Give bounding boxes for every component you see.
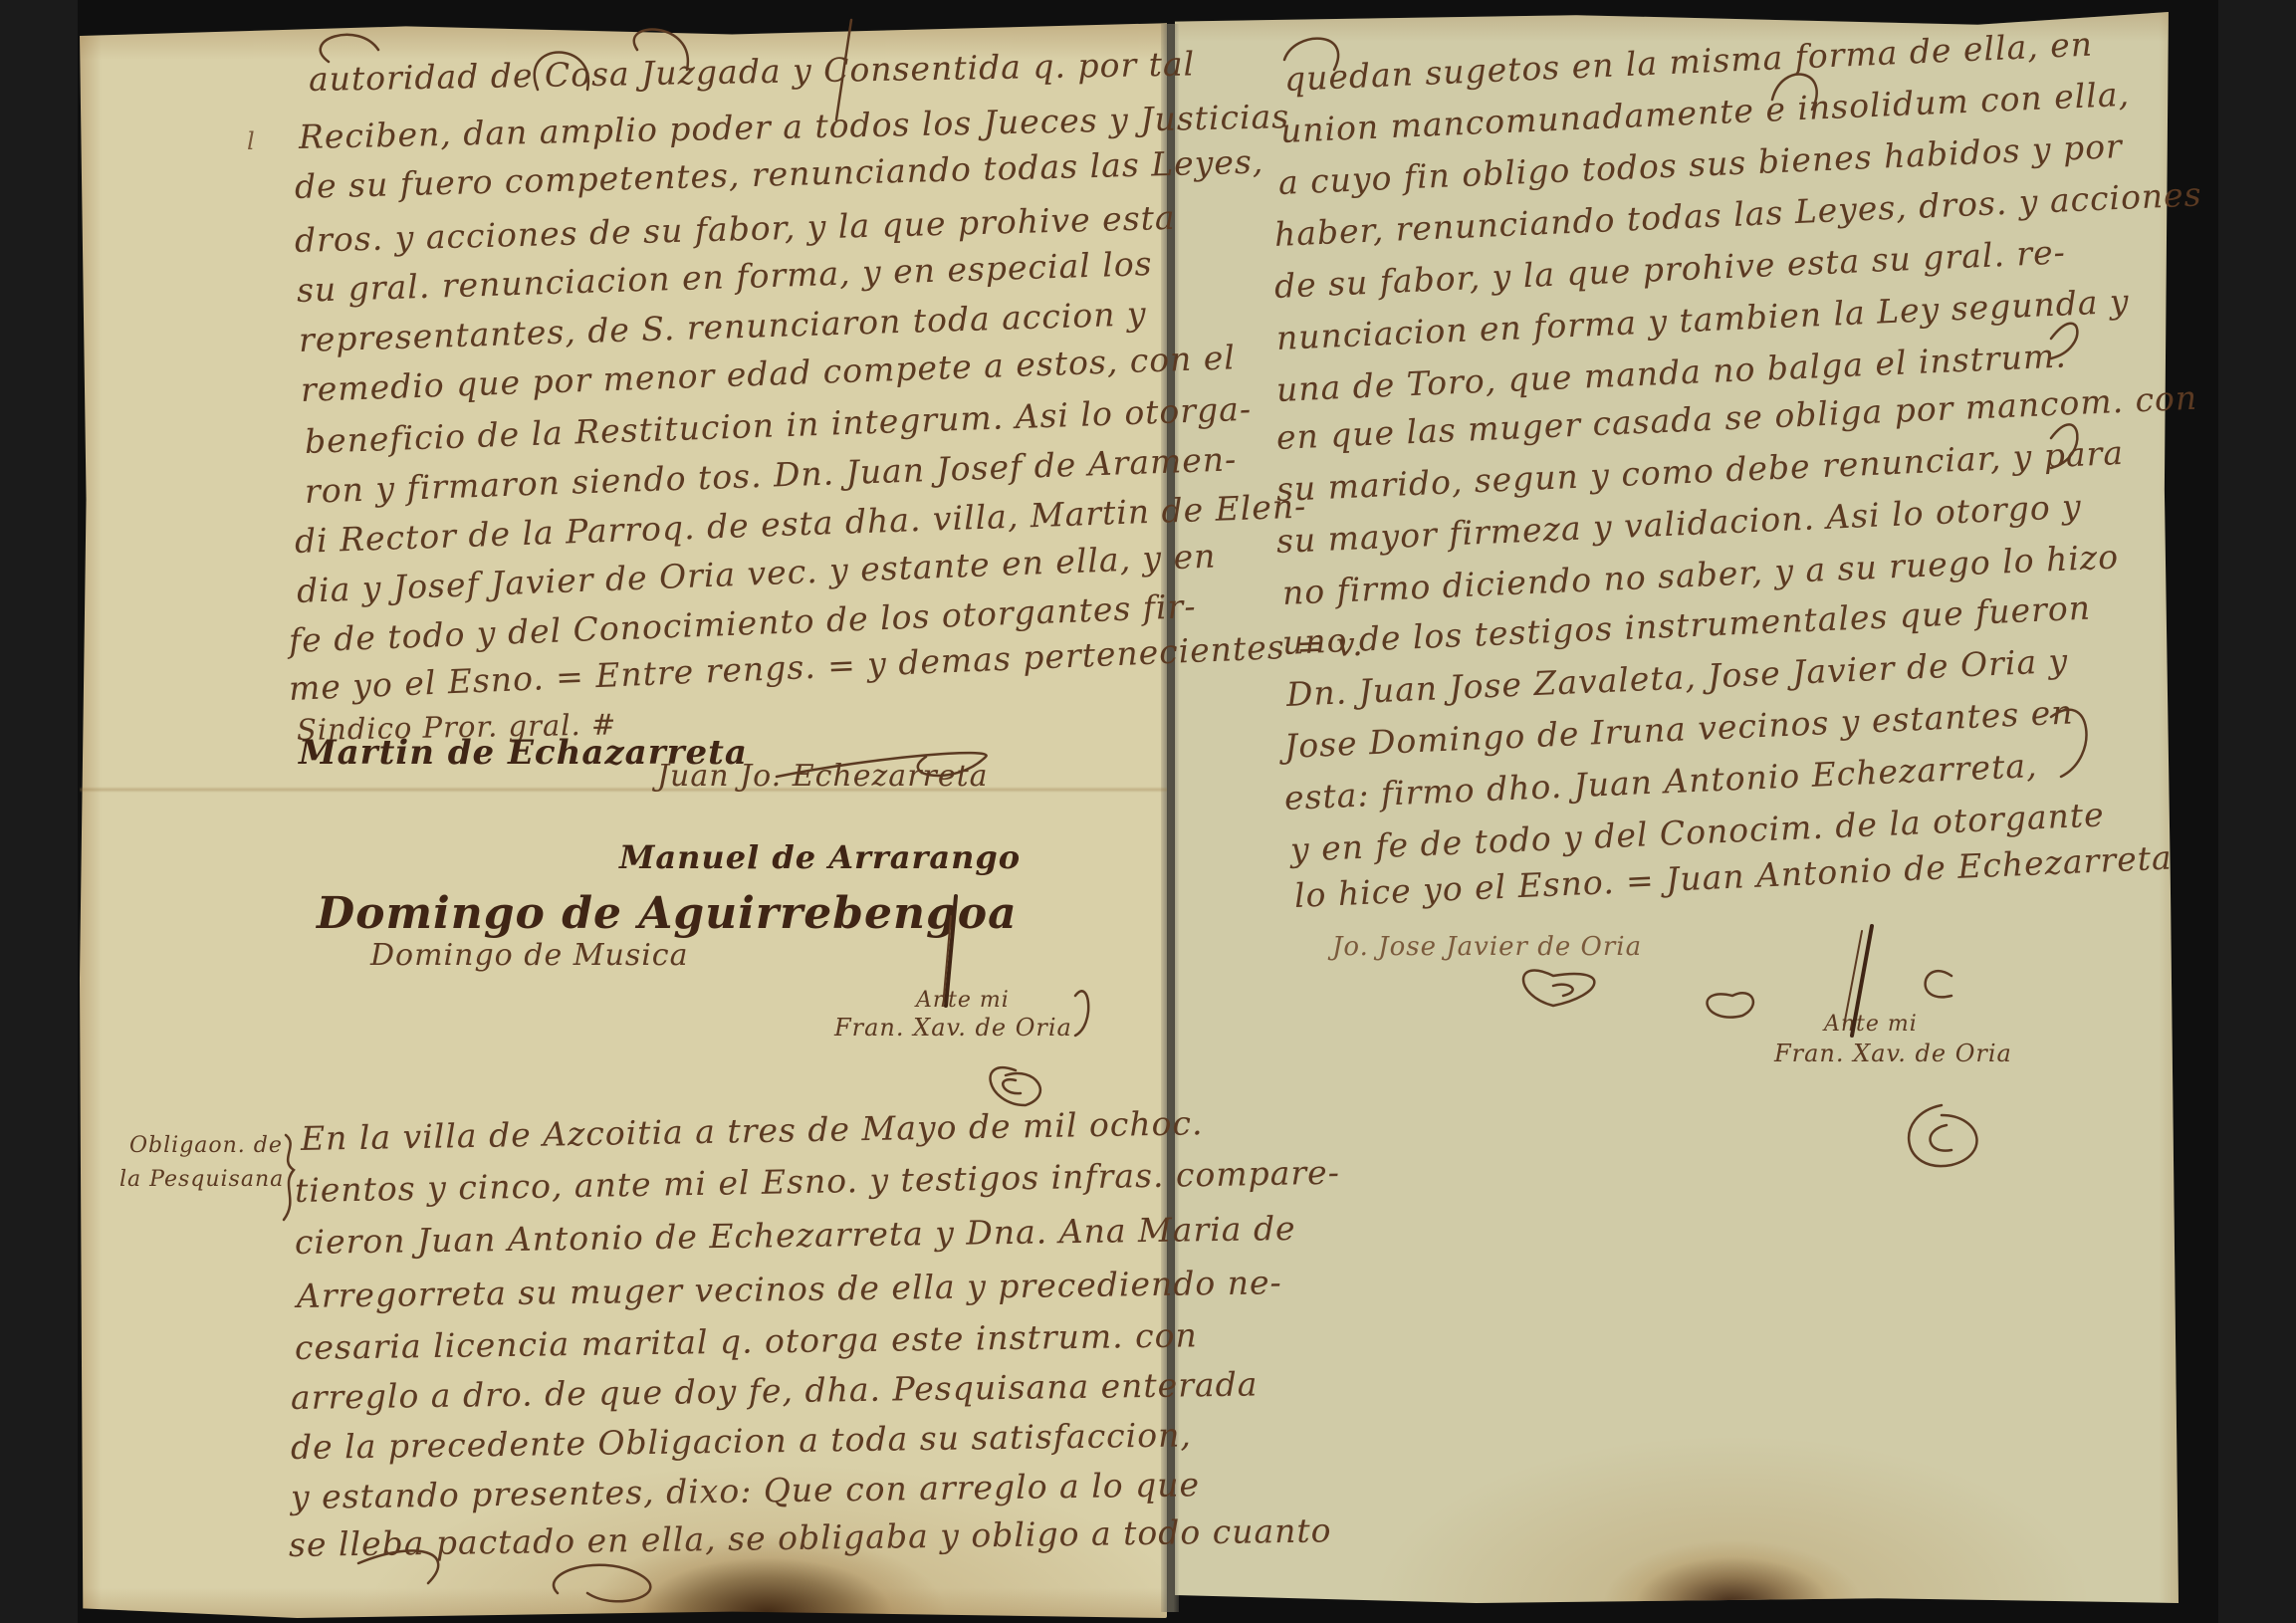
signature-domingo-aguirrebengoa: Domingo de Aguirrebengoa: [317, 888, 1018, 939]
signature-domingo-musica: Domingo de Musica: [370, 938, 689, 973]
signature-francisco-oria: Fran. Xav. de Oria: [1774, 1040, 2012, 1067]
ante-mi-label: Ante mi: [916, 988, 1010, 1013]
scan-border-left: [0, 0, 78, 1623]
scan-border-right: [2218, 0, 2296, 1623]
margin-mark: l: [247, 127, 256, 155]
signature-juan-echezarreta: Juan Jo. Echezarreta: [657, 759, 989, 794]
margin-note-line2: la Pesquisana: [119, 1167, 284, 1192]
margin-note-line1: Obligaon. de: [129, 1133, 283, 1158]
signature-manuel-arrarango: Manuel de Arrarango: [619, 838, 1021, 876]
ante-mi-label: Ante mi: [1824, 1012, 1918, 1037]
signature-francisco-oria: Fran. Xav. de Oria: [834, 1014, 1072, 1042]
signature-jose-javier-oria: Jo. Jose Javier de Oria: [1332, 932, 1642, 962]
horizontal-fold-crease: [80, 787, 1167, 793]
